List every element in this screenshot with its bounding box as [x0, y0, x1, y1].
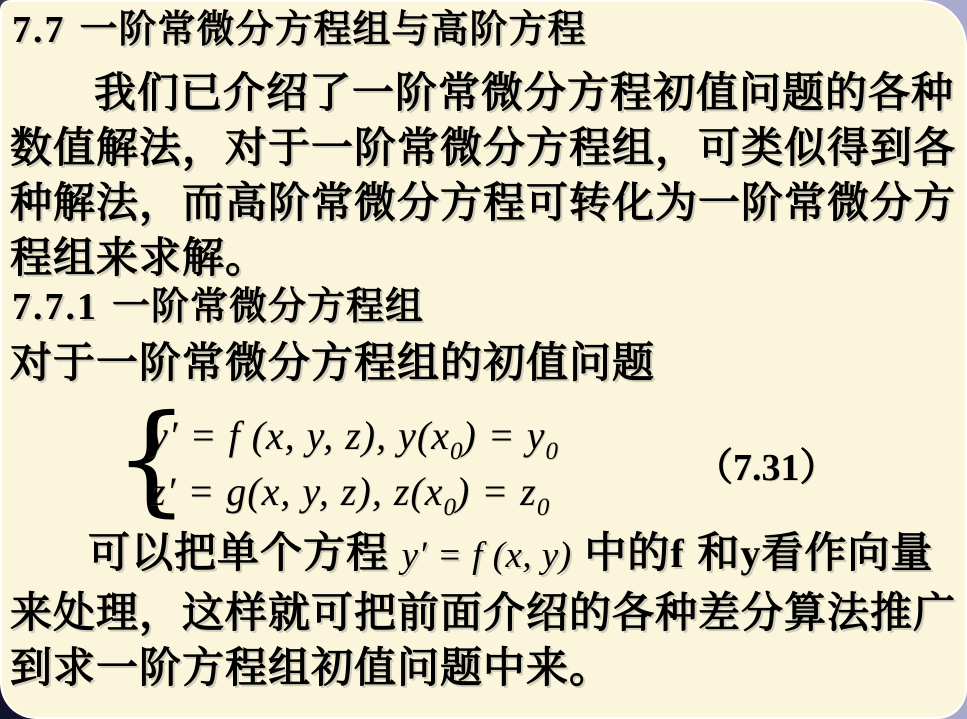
- presentation-slide: 7.7一阶常微分方程组与高阶方程 我们已介绍了一阶常微分方程初值问题的各种 数值…: [0, 0, 967, 719]
- paragraph1-line1: 我们已介绍了一阶常微分方程初值问题的各种: [94, 70, 954, 116]
- text-segment: 0: [546, 438, 559, 465]
- text-segment: 看作向量: [761, 529, 933, 576]
- text-segment: 可以把单个方程: [88, 529, 402, 576]
- paragraph1-line3: 种解法，而高阶常微分方程可转化为一阶常微分方: [10, 180, 956, 226]
- paragraph2-line3: 到求一阶方程组初值问题中来。: [10, 645, 612, 691]
- text-segment: y′ = f (x, y): [402, 535, 572, 576]
- subsection-title: 一阶常微分方程组: [112, 286, 424, 328]
- subsection-number: 7.7.1: [12, 286, 98, 328]
- text-segment: 0: [537, 494, 550, 521]
- section-title: 一阶常微分方程组与高阶方程: [80, 9, 587, 51]
- lead-sentence: 对于一阶常微分方程组的初值问题: [10, 340, 655, 386]
- text-segment: z′ = g(x, y, z), z(x: [150, 469, 443, 514]
- text-segment: 0: [450, 438, 463, 465]
- paragraph1-line4: 程组来求解。: [10, 235, 268, 281]
- subsection-heading: 7.7.1一阶常微分方程组: [12, 287, 424, 329]
- text-segment: ) = z: [456, 469, 537, 514]
- text-segment: y: [740, 531, 761, 576]
- text-segment: 和: [685, 529, 741, 576]
- equation-number: （7.31）: [695, 436, 838, 491]
- equation-row-1: y′ = f (x, y, z), y(x0) = y0: [150, 412, 558, 466]
- text-segment: ) = y: [462, 413, 545, 458]
- text-segment: f: [670, 531, 684, 576]
- section-heading: 7.7一阶常微分方程组与高阶方程: [12, 10, 587, 52]
- section-number: 7.7: [12, 9, 66, 51]
- text-segment: 中的: [572, 529, 671, 576]
- text-segment: 0: [443, 494, 456, 521]
- paragraph2-line2: 来处理，这样就可把前面介绍的各种差分算法推广: [10, 590, 956, 636]
- paragraph2-line1: 可以把单个方程 y′ = f (x, y) 中的f 和y看作向量: [88, 530, 933, 577]
- text-segment: y′ = f (x, y, z), y(x: [150, 413, 450, 458]
- paragraph1-line2: 数值解法，对于一阶常微分方程组，可类似得到各: [10, 125, 956, 171]
- slide-viewport: { "slide": { "background_color": "#FBF6D…: [0, 0, 967, 719]
- equation-row-2: z′ = g(x, y, z), z(x0) = z0: [150, 468, 549, 522]
